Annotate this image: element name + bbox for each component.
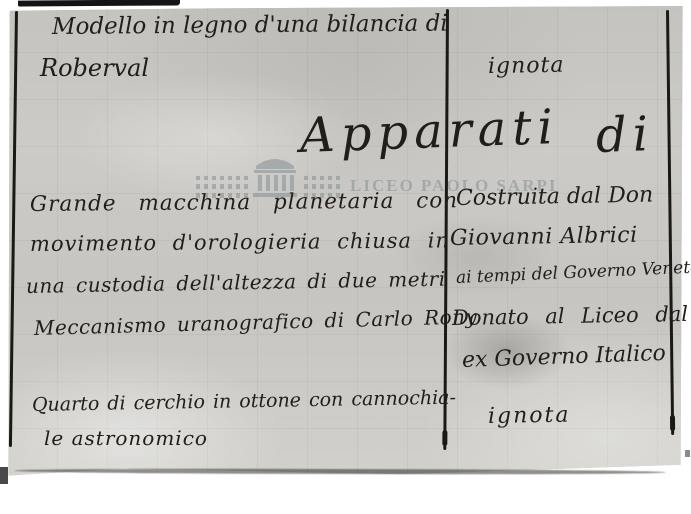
scan-artifact-right (685, 450, 690, 457)
line-grande-macchina: Grande macchina planetaria con (30, 190, 458, 215)
note-ignota-bottom: ignota (488, 405, 571, 428)
paper-edge-shadow (14, 468, 666, 475)
scan-artifact-top-edge (18, 0, 180, 7)
line-giovanni: Giovanni Albrici (450, 225, 638, 250)
heading-apparati: Apparati (299, 103, 559, 160)
note-ignota-top: ignota (488, 55, 565, 78)
line-donato: Donato al Liceo dal (452, 304, 688, 329)
line-roberval: Roberval (40, 56, 149, 80)
line-cannochiale: le astronomico (44, 428, 208, 448)
heading-di: di (595, 110, 655, 160)
line-modello: Modello in legno d'una bilancia di (52, 13, 448, 39)
line-movimento: movimento d'orologieria chiusa in (30, 230, 450, 255)
scan-artifact-bottom-left (0, 467, 8, 484)
scanned-document: LICEO PAOLO SARPI Modello in legno d'una… (0, 0, 691, 514)
line-costruita: Costruita dal Don (456, 185, 654, 210)
